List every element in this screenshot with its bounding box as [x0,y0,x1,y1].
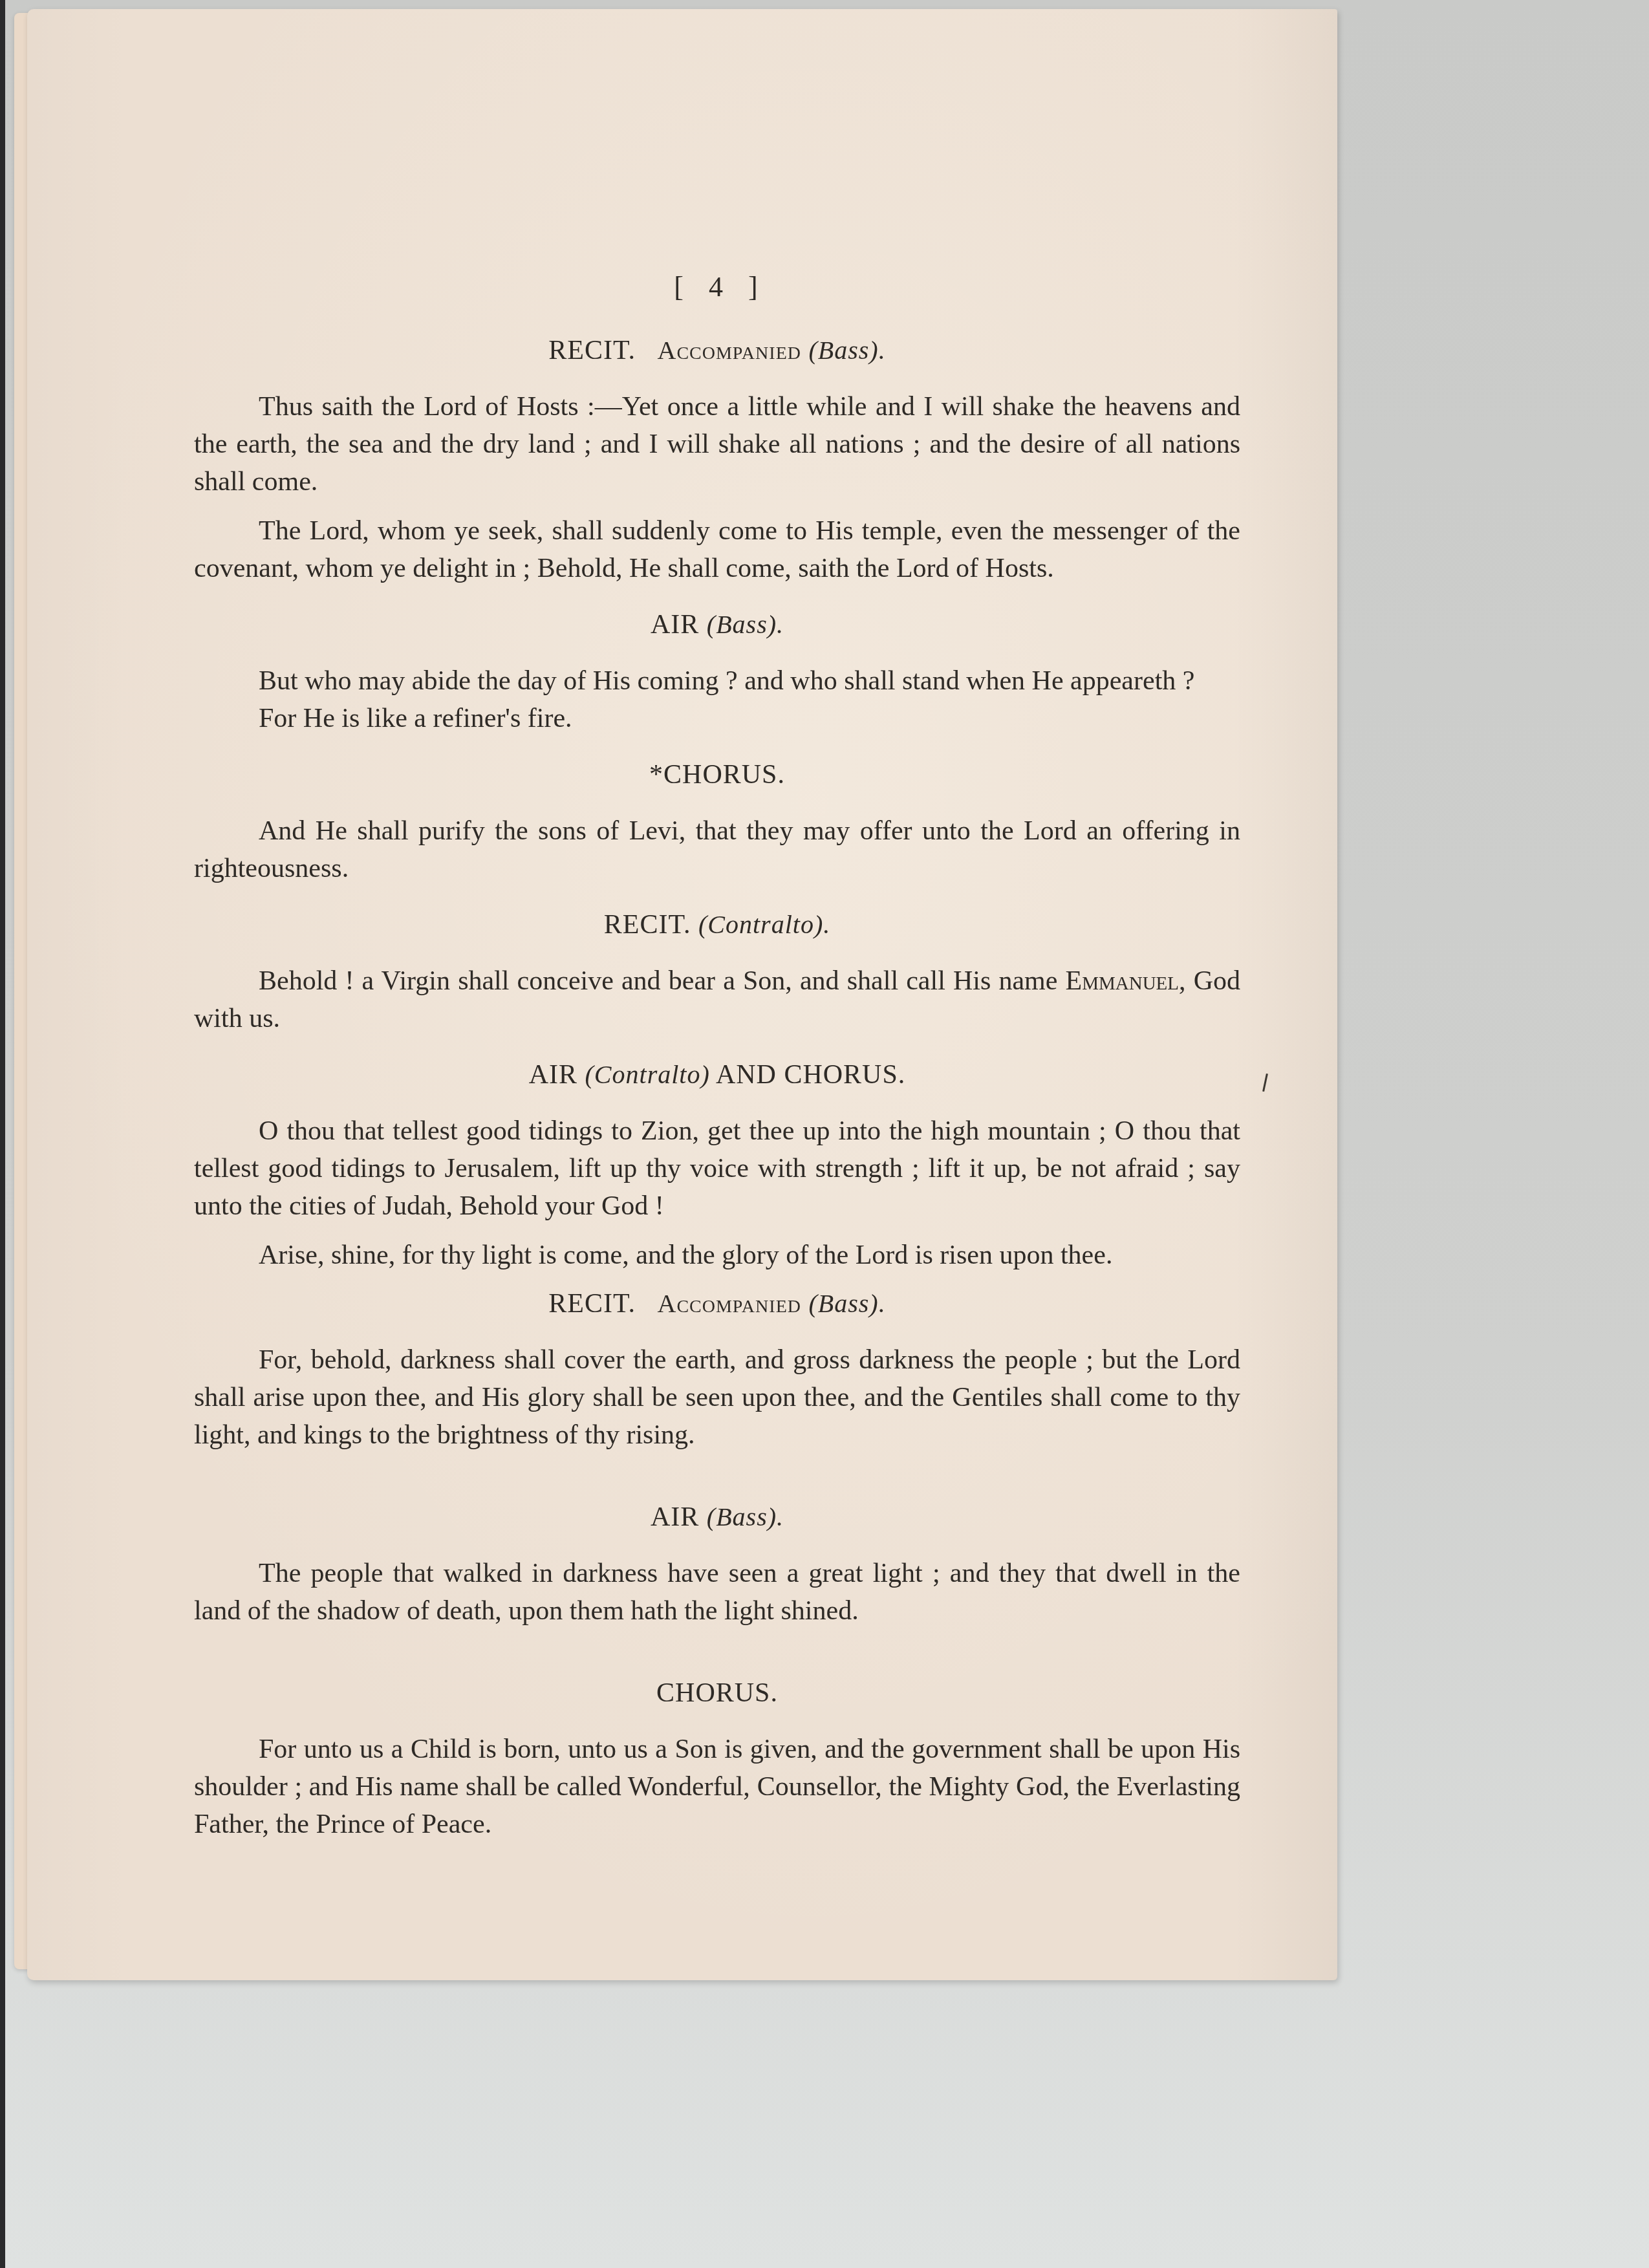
section-heading: RECIT. Accompanied (Bass). [194,1286,1240,1322]
document-page: [ 4 ] RECIT. Accompanied (Bass). Thus sa… [27,9,1337,1980]
heading-main: CHORUS. [656,1678,778,1708]
paragraph: And He shall purify the sons of Levi, th… [194,812,1240,887]
section-heading: RECIT. (Contralto). [194,907,1240,943]
heading-voice: (Contralto). [698,910,830,939]
page-content: [ 4 ] RECIT. Accompanied (Bass). Thus sa… [194,268,1240,1843]
paragraph: Arise, shine, for thy light is come, and… [194,1237,1240,1274]
section-air-bass-2: AIR (Bass). The people that walked in da… [194,1499,1240,1630]
heading-suffix: AND CHORUS. [716,1060,905,1090]
scanner-edge [0,0,5,2268]
paragraph-text: Behold ! a Virgin shall conceive and bea… [259,966,1057,996]
paragraph: O thou that tellest good tidings to Zion… [194,1112,1240,1225]
section-recit-accompanied-bass-2: RECIT. Accompanied (Bass). For, behold, … [194,1286,1240,1454]
heading-voice: (Contralto) [585,1060,710,1089]
paragraph: Thus saith the Lord of Hosts :—Yet once … [194,388,1240,501]
heading-main: AIR [651,1502,699,1532]
section-air-bass-1: AIR (Bass). But who may abide the day of… [194,607,1240,737]
paragraph: For unto us a Child is born, unto us a S… [194,1731,1240,1843]
paragraph: For, behold, darkness shall cover the ea… [194,1341,1240,1454]
section-heading: AIR (Bass). [194,1499,1240,1535]
paragraph: But who may abide the day of His coming … [194,662,1240,700]
heading-smallcaps: Accompanied [658,336,801,365]
section-heading: AIR (Contralto) AND CHORUS. [194,1057,1240,1093]
section-recit-contralto: RECIT. (Contralto). Behold ! a Virgin sh… [194,907,1240,1037]
heading-voice: (Bass). [808,336,885,365]
heading-voice: (Bass). [707,610,784,639]
section-heading: AIR (Bass). [194,607,1240,643]
section-chorus-purify: *CHORUS. And He shall purify the sons of… [194,757,1240,887]
page-number: [ 4 ] [200,268,1240,307]
heading-main: AIR [529,1060,577,1090]
section-chorus-unto-us: CHORUS. For unto us a Child is born, unt… [194,1675,1240,1843]
heading-voice: (Bass). [808,1289,885,1318]
section-heading: *CHORUS. [194,757,1240,793]
heading-main: AIR [651,610,699,640]
emmanuel-smallcaps: Emmanuel [1066,966,1179,996]
paragraph: The Lord, whom ye seek, shall suddenly c… [194,512,1240,587]
paragraph: Behold ! a Virgin shall conceive and bea… [194,962,1240,1037]
heading-main: RECIT. [548,1289,636,1319]
section-heading: CHORUS. [194,1675,1240,1711]
heading-main: RECIT. [604,910,691,940]
heading-smallcaps: Accompanied [658,1289,801,1318]
heading-main: *CHORUS. [649,760,785,790]
paragraph: For He is like a refiner's fire. [194,700,1240,737]
heading-voice: (Bass). [707,1502,784,1531]
section-air-contralto-chorus: AIR (Contralto) AND CHORUS. O thou that … [194,1057,1240,1274]
section-recit-accompanied-bass-1: RECIT. Accompanied (Bass). Thus saith th… [194,332,1240,587]
heading-main: RECIT. [548,336,636,365]
section-heading: RECIT. Accompanied (Bass). [194,332,1240,369]
paragraph: The people that walked in darkness have … [194,1555,1240,1630]
